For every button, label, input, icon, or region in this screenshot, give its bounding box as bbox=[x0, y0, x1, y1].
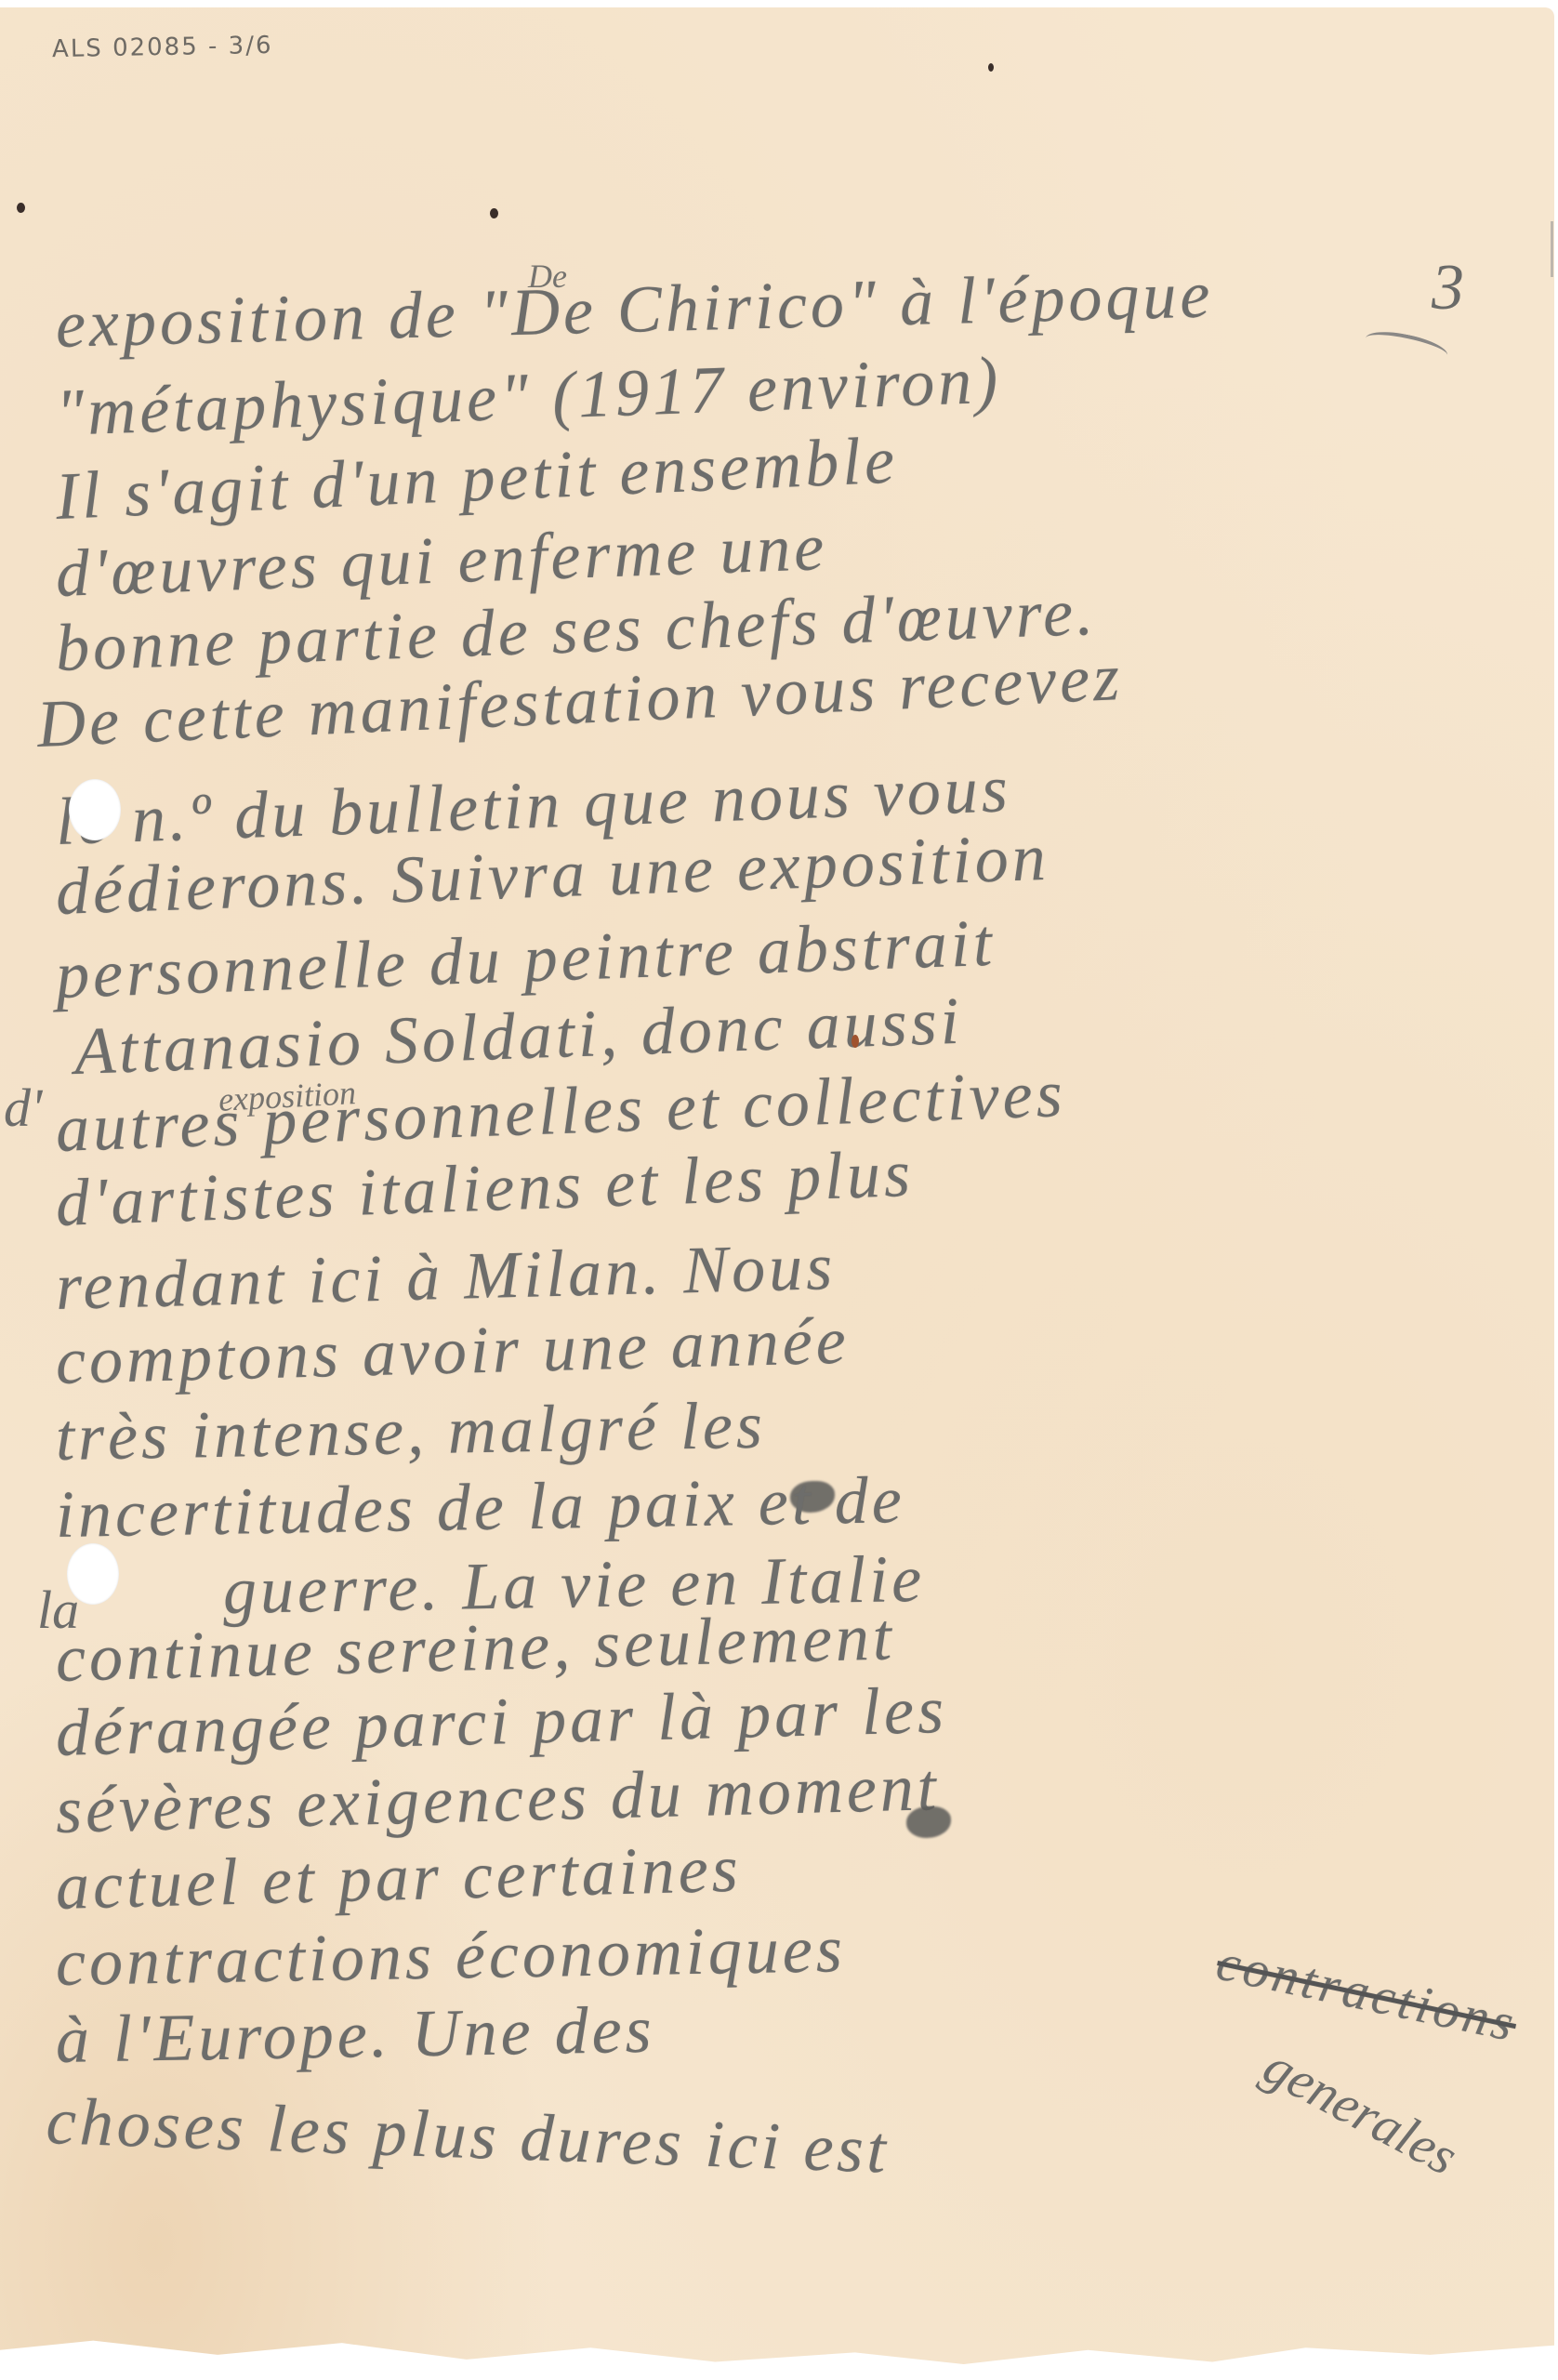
page-number-underline bbox=[1363, 326, 1449, 367]
edge-mark bbox=[1551, 221, 1553, 277]
page-number: 3 bbox=[1432, 251, 1464, 325]
line-22: contractions économiques bbox=[55, 1911, 846, 2002]
ink-speck bbox=[17, 203, 25, 213]
margin-note-generales: generales bbox=[1254, 2034, 1469, 2188]
line-16: incertitudes de la paix et de bbox=[55, 1461, 905, 1554]
line-1: exposition de "De Chirico" à l'époque bbox=[55, 256, 1214, 364]
line-24: choses les plus dures ici est bbox=[46, 2082, 891, 2189]
scribbled-out-word bbox=[906, 1806, 951, 1838]
ink-speck bbox=[490, 208, 498, 218]
line-15: très intense, malgré les bbox=[55, 1387, 766, 1476]
line-23: à l'Europe. Une des bbox=[55, 1991, 655, 2079]
struck-word-contractions: contractions bbox=[1211, 1933, 1522, 2055]
letter-page: ALS 02085 - 3/6 3 De exposition de "De C… bbox=[0, 7, 1554, 2364]
punch-hole bbox=[69, 779, 121, 840]
ink-speck bbox=[988, 63, 994, 72]
archive-reference: ALS 02085 - 3/6 bbox=[52, 32, 273, 63]
rust-spot bbox=[852, 1035, 859, 1048]
margin-note-d: d' bbox=[4, 1077, 42, 1139]
punch-hole bbox=[67, 1543, 119, 1605]
